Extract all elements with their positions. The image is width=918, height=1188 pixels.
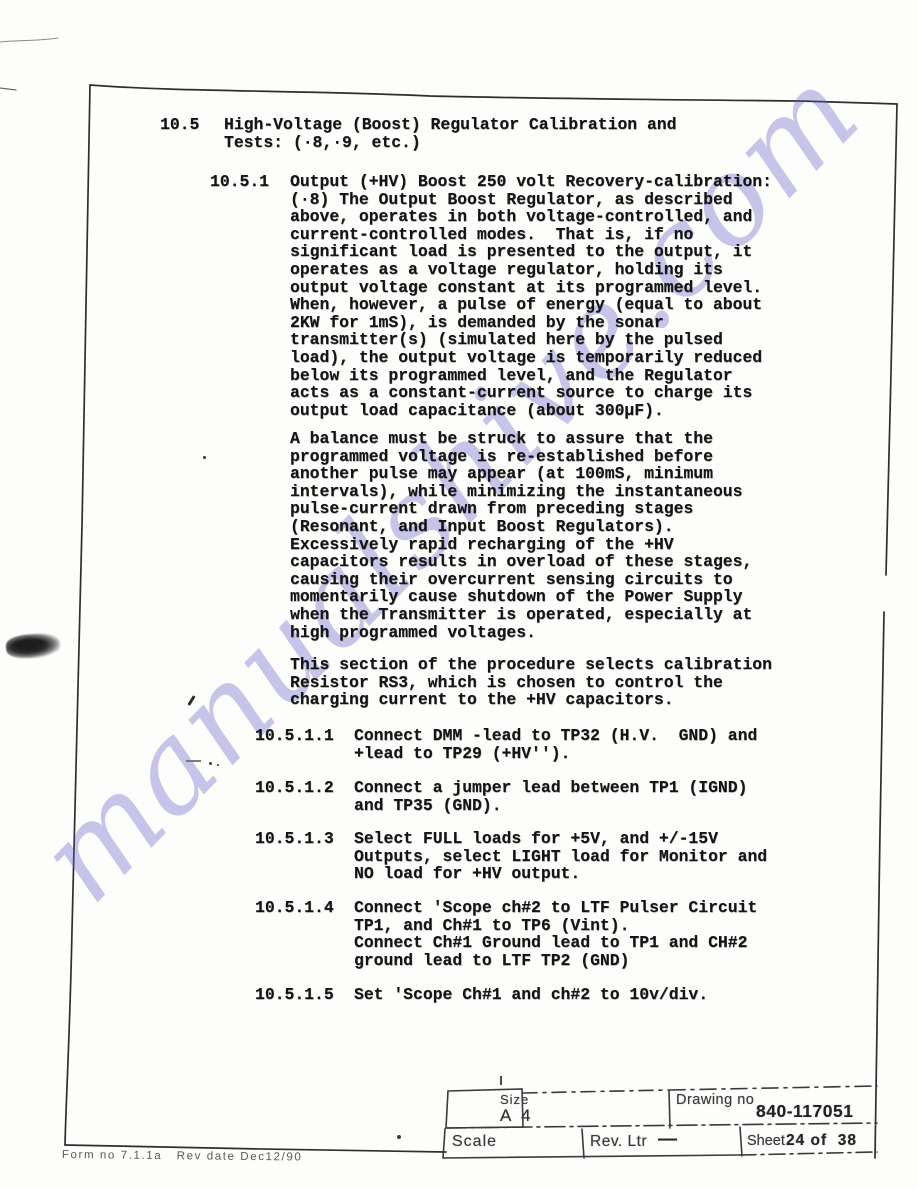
titleblock-drawing-value: 840-117051 (756, 1101, 853, 1122)
titleblock-size-label: Size (500, 1092, 529, 1107)
step-number: 10.5.1.2 (255, 779, 334, 797)
titleblock-size-value: A 4 (500, 1106, 534, 1126)
titleblock-drawing-label: Drawing no (676, 1092, 754, 1108)
section-title: High-Voltage (Boost) Regulator Calibrati… (224, 116, 676, 151)
paragraph: A balance must be struck to assure that … (290, 430, 752, 641)
step-number: 10.5.1.5 (255, 986, 334, 1004)
titleblock-rev-value: — (658, 1129, 677, 1151)
step-text: Connect DMM -lead to TP32 (H.V. GND) and… (354, 727, 757, 762)
titleblock-scale-label: Scale (452, 1133, 497, 1151)
subsection-body: Output (+HV) Boost 250 volt Recovery-cal… (290, 173, 772, 419)
titleblock-sheet-label: Sheet (747, 1133, 785, 1149)
titleblock-rev-label: Rev. Ltr (590, 1133, 647, 1151)
step-number: 10.5.1.3 (255, 830, 334, 848)
step-text: Select FULL loads for +5V, and +/-15V Ou… (354, 830, 767, 883)
step-text: Set 'Scope Ch#1 and ch#2 to 10v/div. (354, 986, 708, 1004)
step-text: Connect 'Scope ch#2 to LTF Pulser Circui… (354, 899, 757, 969)
titleblock-sheet-value: 24 of 38 (786, 1132, 857, 1150)
scanned-manual-page: manualshive.com 10.5 High-Voltage (Boost… (0, 0, 918, 1188)
subsection-number: 10.5.1 (210, 173, 269, 191)
paragraph: This section of the procedure selects ca… (290, 656, 772, 709)
section-number: 10.5 (160, 116, 199, 134)
step-number: 10.5.1.4 (255, 899, 334, 917)
step-number: 10.5.1.1 (255, 727, 334, 745)
footer-form-note: Form no 7.1.1a Rev date Dec12/90 (62, 1149, 303, 1164)
step-text: Connect a jumper lead between TP1 (IGND)… (354, 779, 747, 814)
